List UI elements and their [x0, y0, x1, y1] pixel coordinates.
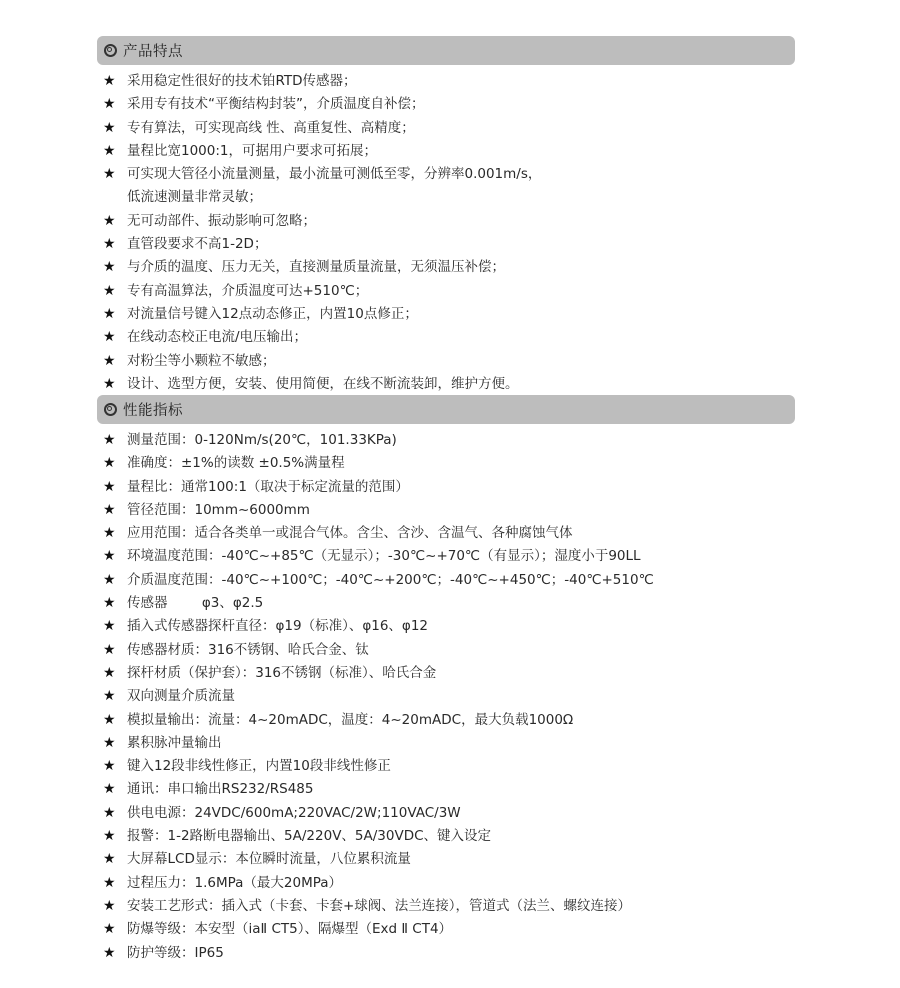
star-icon: ★: [103, 825, 127, 848]
star-icon: ★: [103, 615, 127, 638]
star-icon: ★: [103, 452, 127, 475]
star-icon: ★: [103, 545, 127, 568]
star-icon: ★: [103, 93, 127, 116]
list-item: ★键入12段非线性修正，内置10段非线性修正: [103, 755, 654, 778]
star-icon: ★: [103, 140, 127, 163]
list-item: ★与介质的温度、压力无关，直接测量质量流量，无须温压补偿；: [103, 256, 541, 279]
star-icon: ★: [103, 709, 127, 732]
list-item: ★采用稳定性很好的技术铂RTD传感器；: [103, 70, 541, 93]
star-icon: ★: [103, 429, 127, 452]
star-icon: ★: [103, 163, 127, 186]
list-item: ★可实现大管径小流量测量，最小流量可测低至零，分辨率0.001m/s， 低流速测…: [103, 163, 541, 210]
list-item: ★插入式传感器探杆直径：φ19（标准）、φ16、φ12: [103, 615, 654, 638]
star-icon: ★: [103, 233, 127, 256]
list-item: ★模拟量输出：流量：4~20mADC，温度：4~20mADC，最大负载1000Ω: [103, 709, 654, 732]
list-item: ★报警：1-2路断电器输出、5A/220V、5A/30VDC、键入设定: [103, 825, 654, 848]
star-icon: ★: [103, 755, 127, 778]
list-item: ★测量范围：0-120Nm/s(20℃，101.33KPa): [103, 429, 654, 452]
list-item: ★传感器 φ3、φ2.5: [103, 592, 654, 615]
list-item: ★介质温度范围：-40℃~+100℃；-40℃~+200℃；-40℃~+450℃…: [103, 569, 654, 592]
star-icon: ★: [103, 256, 127, 279]
star-icon: ★: [103, 918, 127, 941]
star-icon: ★: [103, 942, 127, 965]
star-icon: ★: [103, 303, 127, 326]
list-item: ★双向测量介质流量: [103, 685, 654, 708]
list-item: ★无可动部件、振动影响可忽略；: [103, 210, 541, 233]
list-item: ★对粉尘等小颗粒不敏感；: [103, 350, 541, 373]
star-icon: ★: [103, 895, 127, 918]
list-item: ★量程比宽1000:1，可据用户要求可拓展；: [103, 140, 541, 163]
star-icon: ★: [103, 592, 127, 615]
list-item: ★直管段要求不高1-2D；: [103, 233, 541, 256]
list-item: ★管径范围：10mm~6000mm: [103, 499, 654, 522]
list-item: ★专有高温算法，介质温度可达+510℃；: [103, 280, 541, 303]
list-item: ★大屏幕LCD显示：本位瞬时流量，八位累积流量: [103, 848, 654, 871]
list-item: ★专有算法，可实现高线 性、高重复性、高精度；: [103, 117, 541, 140]
list-item: ★量程比：通常100:1（取决于标定流量的范围）: [103, 476, 654, 499]
star-icon: ★: [103, 350, 127, 373]
section-header-features: 产品特点: [97, 36, 795, 65]
list-item: ★供电电源：24VDC/600mA;220VAC/2W;110VAC/3W: [103, 802, 654, 825]
list-item: ★传感器材质：316不锈钢、哈氏合金、钛: [103, 639, 654, 662]
list-item: ★采用专有技术“平衡结构封装”，介质温度自补偿；: [103, 93, 541, 116]
list-item: ★环境温度范围：-40℃~+85℃（无显示）；-30℃~+70℃（有显示）；湿度…: [103, 545, 654, 568]
list-item: ★过程压力：1.6MPa（最大20MPa）: [103, 872, 654, 895]
star-icon: ★: [103, 499, 127, 522]
continuation-text: 低流速测量非常灵敏；: [127, 186, 262, 209]
list-item: ★探杆材质（保护套）：316不锈钢（标准）、哈氏合金: [103, 662, 654, 685]
star-icon: ★: [103, 210, 127, 233]
star-icon: ★: [103, 70, 127, 93]
star-icon: ★: [103, 662, 127, 685]
list-item: ★通讯：串口输出RS232/RS485: [103, 778, 654, 801]
section-title: 性能指标: [123, 399, 183, 420]
list-item: ★累积脉冲量输出: [103, 732, 654, 755]
list-item: ★准确度：±1%的读数 ±0.5%满量程: [103, 452, 654, 475]
star-icon: ★: [103, 802, 127, 825]
list-item: ★安装工艺形式：插入式（卡套、卡套+球阀、法兰连接），管道式（法兰、螺纹连接）: [103, 895, 654, 918]
section-header-specifications: 性能指标: [97, 395, 795, 424]
star-icon: ★: [103, 476, 127, 499]
star-icon: ★: [103, 117, 127, 140]
specifications-list: ★测量范围：0-120Nm/s(20℃，101.33KPa) ★准确度：±1%的…: [103, 429, 654, 965]
star-icon: ★: [103, 569, 127, 592]
list-item: ★防爆等级：本安型（iaⅡ CT5）、隔爆型（Exd Ⅱ CT4）: [103, 918, 654, 941]
double-circle-icon: [104, 44, 117, 57]
star-icon: ★: [103, 848, 127, 871]
list-item: ★对流量信号键入12点动态修正，内置10点修正；: [103, 303, 541, 326]
star-icon: ★: [103, 778, 127, 801]
features-list: ★采用稳定性很好的技术铂RTD传感器； ★采用专有技术“平衡结构封装”，介质温度…: [103, 70, 541, 396]
star-icon: ★: [103, 639, 127, 662]
star-icon: ★: [103, 522, 127, 545]
star-icon: ★: [103, 872, 127, 895]
star-icon: ★: [103, 373, 127, 396]
list-item: ★应用范围：适合各类单一或混合气体。含尘、含沙、含温气、各种腐蚀气体: [103, 522, 654, 545]
star-icon: ★: [103, 326, 127, 349]
star-icon: ★: [103, 685, 127, 708]
star-icon: ★: [103, 280, 127, 303]
list-item: ★防护等级：IP65: [103, 942, 654, 965]
double-circle-icon: [104, 403, 117, 416]
list-item: ★在线动态校正电流/电压输出；: [103, 326, 541, 349]
star-icon: ★: [103, 732, 127, 755]
list-item: ★设计、选型方便，安装、使用简便，在线不断流装卸，维护方便。: [103, 373, 541, 396]
section-title: 产品特点: [123, 40, 183, 61]
